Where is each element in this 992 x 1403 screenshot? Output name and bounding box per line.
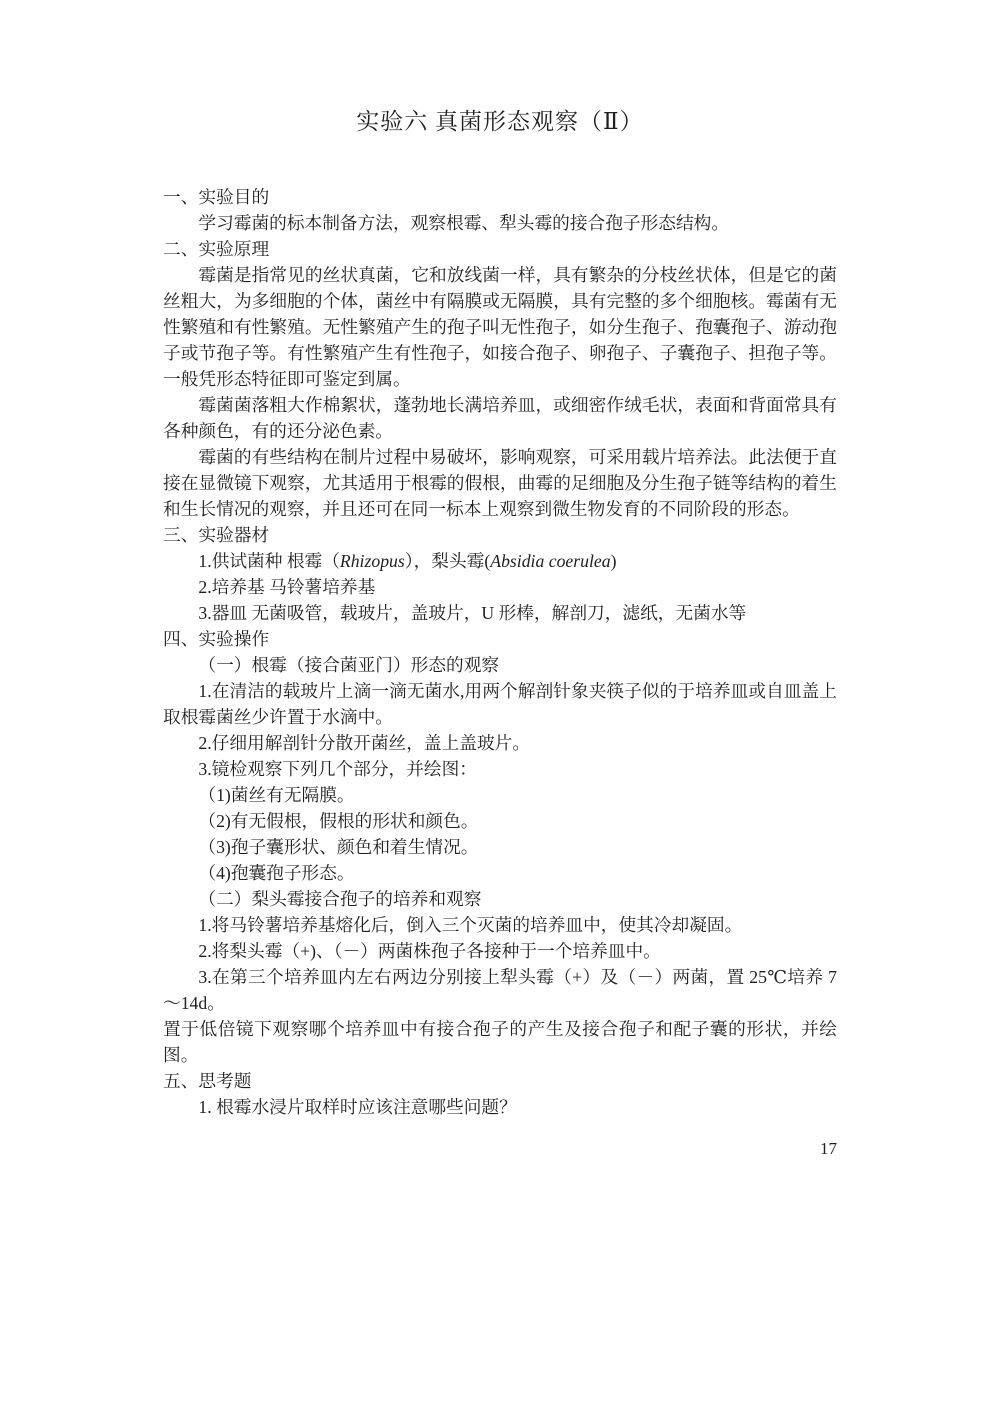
item-test-strains: 1.供试菌种 根霉（Rhizopus），梨头霉(Absidia coerulea…	[163, 548, 837, 574]
strains-text-after: )	[611, 551, 617, 571]
step-part2-1: 1.将马铃薯培养基熔化后，倒入三个灭菌的培养皿中，使其冷却凝固。	[163, 912, 837, 938]
paragraph-observation-note: 置于低倍镜下观察哪个培养皿中有接合孢子的产生及接合孢子和配子囊的形状，并绘图。	[163, 1016, 837, 1068]
paragraph-purpose: 学习霉菌的标本制备方法，观察根霉、犁头霉的接合孢子形态结构。	[163, 210, 837, 236]
step-part2-2: 2.将梨头霉（+)、（－）两菌株孢子各接种于一个培养皿中。	[163, 938, 837, 964]
paragraph-principle-2: 霉菌菌落粗大作棉絮状，蓬勃地长满培养皿，或细密作绒毛状，表面和背面常具有各种颜色…	[163, 392, 837, 444]
paragraph-principle-1: 霉菌是指常见的丝状真菌，它和放线菌一样，具有繁杂的分枝丝状体，但是它的菌丝粗大，…	[163, 262, 837, 392]
observe-item-3: （3)孢子囊形状、颜色和着生情况。	[163, 834, 837, 860]
subheading-rhizopus-observation: （一）根霉（接合菌亚门）形态的观察	[163, 652, 837, 678]
paragraph-principle-3: 霉菌的有些结构在制片过程中易破坏，影响观察，可采用载片培养法。此法便于直接在显微…	[163, 444, 837, 522]
document-title: 实验六 真菌形态观察（Ⅱ）	[163, 104, 837, 140]
heading-materials: 三、实验器材	[163, 522, 837, 548]
step-part1-2: 2.仔细用解剖针分散开菌丝，盖上盖玻片。	[163, 730, 837, 756]
heading-principle: 二、实验原理	[163, 236, 837, 262]
question-1: 1. 根霉水浸片取样时应该注意哪些问题？	[163, 1094, 837, 1120]
heading-questions: 五、思考题	[163, 1068, 837, 1094]
page-number: 17	[163, 1136, 837, 1162]
item-culture-medium: 2.培养基 马铃薯培养基	[163, 574, 837, 600]
step-part1-3: 3.镜检观察下列几个部分，并绘图：	[163, 756, 837, 782]
strains-text-before: 1.供试菌种 根霉（	[198, 551, 340, 571]
item-utensils: 3.器皿 无菌吸管，载玻片，盖玻片，U 形棒，解剖刀，滤纸，无菌水等	[163, 600, 837, 626]
observe-item-1: （1)菌丝有无隔膜。	[163, 782, 837, 808]
step-part2-3: 3.在第三个培养皿内左右两边分别接上犁头霉（+）及（－）两菌，置 25℃培养 7…	[163, 964, 837, 1016]
strains-text-mid: ），梨头霉(	[405, 551, 490, 571]
document-content: 实验六 真菌形态观察（Ⅱ） 一、实验目的 学习霉菌的标本制备方法，观察根霉、犁头…	[163, 0, 837, 1162]
latin-name-absidia-coerulea: Absidia coerulea	[490, 551, 610, 571]
latin-name-rhizopus: Rhizopus	[340, 551, 405, 571]
document-page: 实验六 真菌形态观察（Ⅱ） 一、实验目的 学习霉菌的标本制备方法，观察根霉、犁头…	[0, 0, 992, 1403]
observe-item-4: （4)孢囊孢子形态。	[163, 860, 837, 886]
step-part1-1: 1.在清洁的载玻片上滴一滴无菌水,用两个解剖针象夹筷子似的于培养皿或自皿盖上取根…	[163, 678, 837, 730]
heading-purpose: 一、实验目的	[163, 184, 837, 210]
observe-item-2: （2)有无假根，假根的形状和颜色。	[163, 808, 837, 834]
subheading-absidia-culture: （二）梨头霉接合孢子的培养和观察	[163, 886, 837, 912]
heading-procedure: 四、实验操作	[163, 626, 837, 652]
